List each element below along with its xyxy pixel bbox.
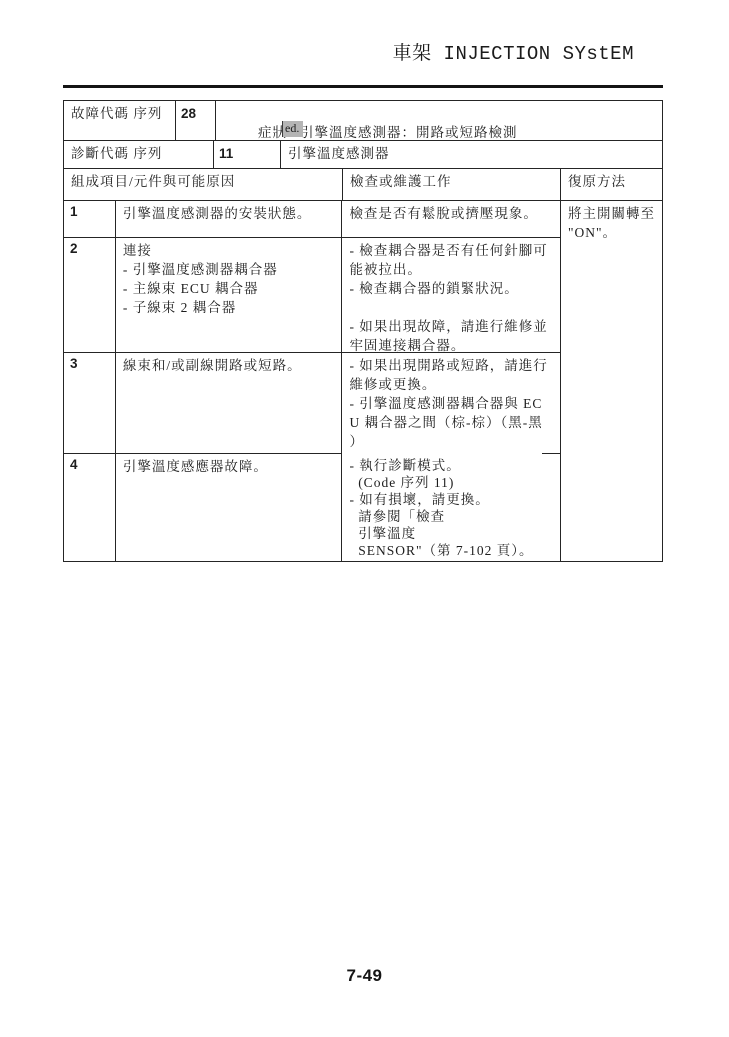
page-number: 7-49: [0, 966, 729, 986]
row-check: - 執行診斷模式。 (Code 序列 11) - 如有損壞，請更換。 請參閱「檢…: [342, 453, 560, 561]
diagnostic-item: 引擎溫度感測器: [281, 141, 662, 168]
table-body-left: 1 引擎溫度感測器的安裝狀態。 檢查是否有鬆脫或擠壓現象。 2 連接 - 引擎溫…: [64, 201, 561, 561]
fault-code-value: 28: [176, 101, 216, 140]
row-cause: 引擎溫度感測器的安裝狀態。: [116, 201, 343, 237]
symptom-text: 引擎溫度感測器：開路或短路檢測: [300, 125, 518, 140]
header-rule: [63, 85, 663, 88]
table-body: 1 引擎溫度感測器的安裝狀態。 檢查是否有鬆脫或擠壓現象。 2 連接 - 引擎溫…: [64, 201, 662, 561]
row-check: - 如果出現開路或短路，請進行 維修或更換。 - 引擎溫度感測器耦合器與 EC …: [342, 353, 560, 453]
troubleshooting-table: 故障代碼 序列 28 症狀引擎溫度感測器：開路或短路檢測 ed. 診斷代碼 序列…: [63, 100, 663, 562]
table-row: 1 引擎溫度感測器的安裝狀態。 檢查是否有鬆脫或擠壓現象。: [64, 201, 560, 238]
fault-code-label: 故障代碼 序列: [64, 101, 176, 140]
row-number: 1: [64, 201, 116, 237]
table-header-row: 組成項目/元件與可能原因 檢查或維護工作 復原方法: [64, 169, 662, 201]
restore-method-cell: 將主開關轉至 "ON"。: [561, 201, 662, 561]
row-cause: 線束和/或副線開路或短路。: [116, 353, 343, 453]
ocr-fragment-highlight: ed.: [282, 121, 303, 137]
column-header-item: 組成項目/元件與可能原因: [64, 169, 343, 200]
fault-code-row: 故障代碼 序列 28 症狀引擎溫度感測器：開路或短路檢測 ed.: [64, 101, 662, 141]
row-check: - 檢查耦合器是否有任何針腳可 能被拉出。 - 檢查耦合器的鎖緊狀況。 - 如果…: [342, 238, 560, 352]
row-number: 3: [64, 353, 116, 453]
row-check: 檢查是否有鬆脫或擠壓現象。: [342, 201, 560, 237]
diagnostic-code-label: 診斷代碼 序列: [64, 141, 214, 168]
page-title: 車架 INJECTION SYstEM: [0, 38, 634, 65]
column-header-check: 檢查或維護工作: [343, 169, 561, 200]
column-header-restore: 復原方法: [561, 169, 662, 200]
symptom-cell: 症狀引擎溫度感測器：開路或短路檢測 ed.: [216, 101, 662, 140]
row-number: 4: [64, 453, 116, 561]
diagnostic-code-row: 診斷代碼 序列 11 引擎溫度感測器: [64, 141, 662, 169]
table-row: 2 連接 - 引擎溫度感測器耦合器 - 主線束 ECU 耦合器 - 子線束 2 …: [64, 238, 560, 353]
diagnostic-code-value: 11: [214, 141, 281, 168]
row-cause: 連接 - 引擎溫度感測器耦合器 - 主線束 ECU 耦合器 - 子線束 2 耦合…: [116, 238, 343, 352]
manual-page: 車架 INJECTION SYstEM 故障代碼 序列 28 症狀引擎溫度感測器…: [0, 0, 729, 1037]
table-row: 3 線束和/或副線開路或短路。 - 如果出現開路或短路，請進行 維修或更換。 -…: [64, 353, 560, 453]
table-row: 4 引擎溫度感應器故障。 - 執行診斷模式。 (Code 序列 11) - 如有…: [64, 453, 560, 561]
row-number: 2: [64, 238, 116, 352]
row-cause: 引擎溫度感應器故障。: [116, 453, 343, 561]
